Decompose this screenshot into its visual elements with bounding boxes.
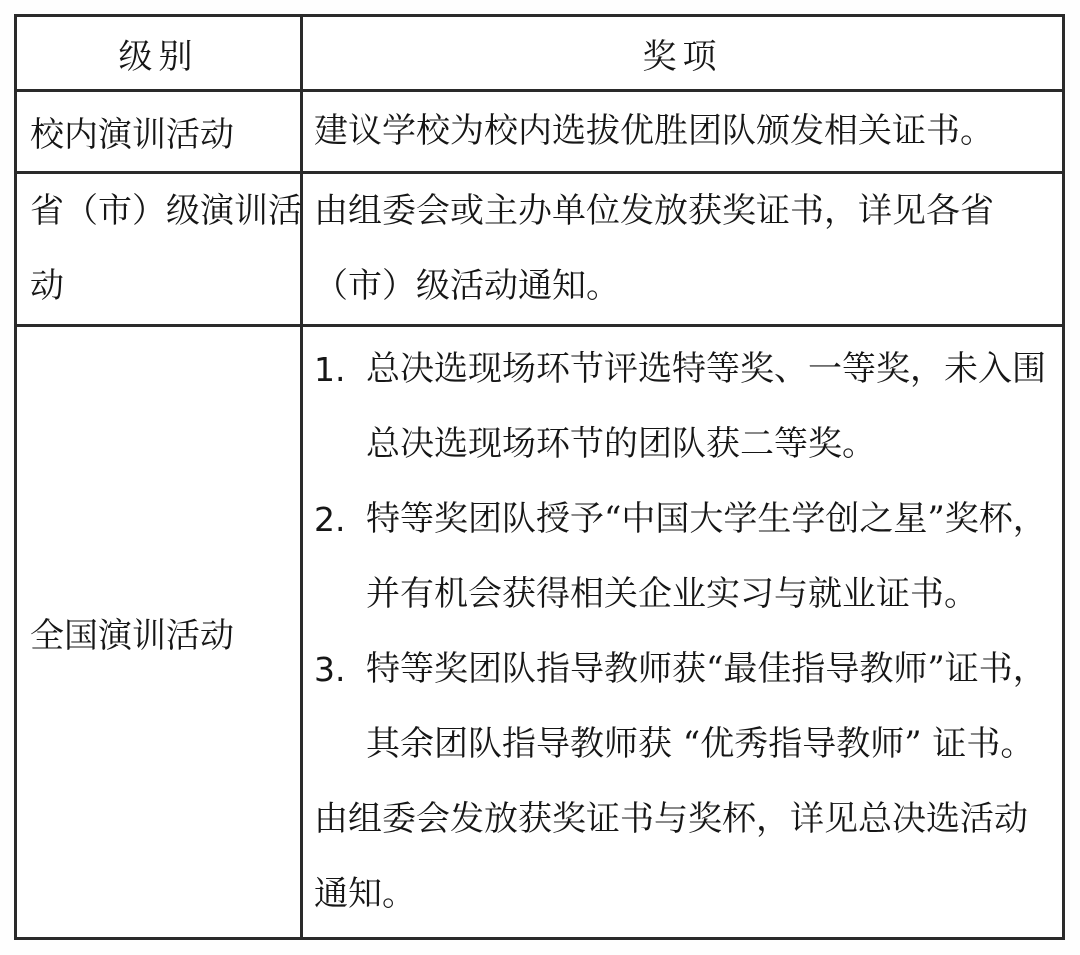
award-text-line: 总决选现场环节的团队获二等奖。	[366, 407, 1054, 482]
list-number: 1.	[314, 332, 366, 407]
award-cell-provincial: 由组委会或主办单位发放获奖证书，详见各省 （市）级活动通知。	[302, 173, 1064, 326]
list-item-body: 总决选现场环节评选特等奖、一等奖，未入围 总决选现场环节的团队获二等奖。	[366, 332, 1054, 482]
level-text: 全国演训活动	[30, 616, 234, 656]
list-item-body: 特等奖团队指导教师获“最佳指导教师”证书， 其余团队指导教师获 “优秀指导教师”…	[366, 632, 1054, 782]
award-text-line: 建议学校为校内选拔优胜团队颁发相关证书。	[314, 94, 1054, 169]
list-number: 3.	[314, 632, 366, 707]
level-text-line: 动	[30, 249, 294, 324]
header-cell-award: 奖项	[302, 16, 1064, 91]
award-text-line: 总决选现场环节评选特等奖、一等奖，未入围	[366, 332, 1054, 407]
award-text-line: 并有机会获得相关企业实习与就业证书。	[366, 557, 1054, 632]
award-text-line: 其余团队指导教师获 “优秀指导教师” 证书。	[366, 707, 1054, 782]
award-list-item-1: 1. 总决选现场环节评选特等奖、一等奖，未入围 总决选现场环节的团队获二等奖。	[314, 332, 1054, 482]
award-footer-line: 通知。	[314, 857, 1054, 932]
level-cell-national: 全国演训活动	[16, 326, 302, 939]
award-footer-line: 由组委会发放获奖证书与奖杯，详见总决选活动	[314, 782, 1054, 857]
award-text-line: 特等奖团队指导教师获“最佳指导教师”证书，	[366, 632, 1054, 707]
award-text-line: 特等奖团队授予“中国大学生学创之星”奖杯，	[366, 482, 1054, 557]
award-table: 级别 奖项 校内演训活动 建议学校为校内选拔优胜团队颁发相关证书。 省（市）级演…	[14, 14, 1065, 940]
header-cell-level: 级别	[16, 16, 302, 91]
award-list-item-3: 3. 特等奖团队指导教师获“最佳指导教师”证书， 其余团队指导教师获 “优秀指导…	[314, 632, 1054, 782]
award-list-item-2: 2. 特等奖团队授予“中国大学生学创之星”奖杯， 并有机会获得相关企业实习与就业…	[314, 482, 1054, 632]
table-header-row: 级别 奖项	[16, 16, 1064, 91]
list-number: 2.	[314, 482, 366, 557]
table-row-national: 全国演训活动 1. 总决选现场环节评选特等奖、一等奖，未入围 总决选现场环节的团…	[16, 326, 1064, 939]
award-cell-school: 建议学校为校内选拔优胜团队颁发相关证书。	[302, 91, 1064, 173]
level-cell-provincial: 省（市）级演训活 动	[16, 173, 302, 326]
level-text-line: 省（市）级演训活	[30, 174, 294, 249]
document-page: 级别 奖项 校内演训活动 建议学校为校内选拔优胜团队颁发相关证书。 省（市）级演…	[0, 0, 1080, 955]
award-text-line: （市）级活动通知。	[314, 249, 1054, 324]
level-cell-school: 校内演训活动	[16, 91, 302, 173]
award-cell-national: 1. 总决选现场环节评选特等奖、一等奖，未入围 总决选现场环节的团队获二等奖。 …	[302, 326, 1064, 939]
list-item-body: 特等奖团队授予“中国大学生学创之星”奖杯， 并有机会获得相关企业实习与就业证书。	[366, 482, 1054, 632]
level-text: 校内演训活动	[30, 115, 234, 155]
award-text-line: 由组委会或主办单位发放获奖证书，详见各省	[314, 174, 1054, 249]
table-row-school: 校内演训活动 建议学校为校内选拔优胜团队颁发相关证书。	[16, 91, 1064, 173]
table-row-provincial: 省（市）级演训活 动 由组委会或主办单位发放获奖证书，详见各省 （市）级活动通知…	[16, 173, 1064, 326]
